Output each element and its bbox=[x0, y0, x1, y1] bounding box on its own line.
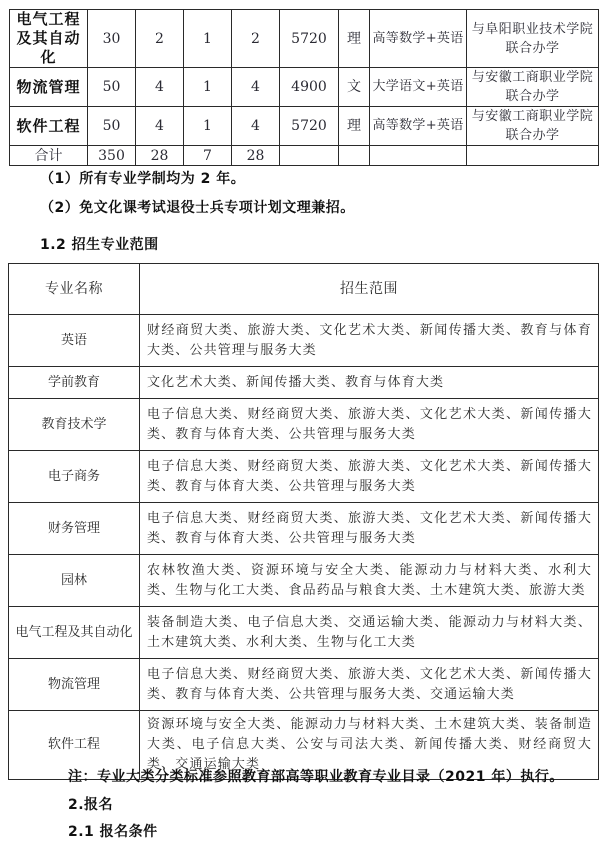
major-name: 电子商务 bbox=[9, 451, 140, 503]
count-cell: 1 bbox=[184, 68, 232, 107]
note-duration: （1）所有专业学制均为 2 年。 bbox=[40, 168, 245, 188]
table-row: 英语 财经商贸大类、旅游大类、文化艺术大类、新闻传播大类、教育与体育大类、公共管… bbox=[9, 315, 599, 367]
header-major-name: 专业名称 bbox=[9, 264, 140, 315]
scope-text: 电子信息大类、财经商贸大类、旅游大类、文化艺术大类、新闻传播大类、教育与体育大类… bbox=[140, 451, 599, 503]
remark-line: 联合办学 bbox=[467, 87, 598, 106]
section-heading-2-1: 2.1 报名条件 bbox=[68, 821, 158, 841]
scope-text: 文化艺术大类、新闻传播大类、教育与体育大类 bbox=[140, 367, 599, 399]
scope-text: 电子信息大类、财经商贸大类、旅游大类、文化艺术大类、新闻传播大类、教育与体育大类… bbox=[140, 399, 599, 451]
major-name-cell: 电气工程 及其自动 化 bbox=[10, 10, 88, 68]
exam-subjects-cell: 大学语文+英语 bbox=[370, 68, 467, 107]
table-row: 电子商务 电子信息大类、财经商贸大类、旅游大类、文化艺术大类、新闻传播大类、教育… bbox=[9, 451, 599, 503]
table-row: 软件工程 50 4 1 4 5720 理 高等数学+英语 与安徽工商职业学院 联… bbox=[10, 107, 599, 146]
plan-count-cell: 50 bbox=[88, 107, 136, 146]
remark-line: 联合办学 bbox=[467, 126, 598, 145]
category-cell: 理 bbox=[339, 107, 370, 146]
count-cell: 1 bbox=[184, 107, 232, 146]
scope-text: 电子信息大类、财经商贸大类、旅游大类、文化艺术大类、新闻传播大类、教育与体育大类… bbox=[140, 659, 599, 711]
category-cell: 理 bbox=[339, 10, 370, 68]
table-row: 物流管理 50 4 1 4 4900 文 大学语文+英语 与安徽工商职业学院 联… bbox=[10, 68, 599, 107]
tuition-cell: 5720 bbox=[280, 107, 339, 146]
count-cell: 2 bbox=[232, 10, 280, 68]
major-name-line: 化 bbox=[10, 48, 87, 67]
table-row: 电气工程 及其自动 化 30 2 1 2 5720 理 高等数学+英语 与阜阳职… bbox=[10, 10, 599, 68]
total-count: 7 bbox=[184, 146, 232, 166]
count-cell: 4 bbox=[232, 68, 280, 107]
section-heading-1-2: 1.2 招生专业范围 bbox=[40, 234, 159, 254]
count-cell: 4 bbox=[232, 107, 280, 146]
total-row: 合计 350 28 7 28 bbox=[10, 146, 599, 166]
table-row: 园林 农林牧渔大类、资源环境与安全大类、能源动力与材料大类、水利大类、生物与化工… bbox=[9, 555, 599, 607]
major-name: 教育技术学 bbox=[9, 399, 140, 451]
empty-cell bbox=[280, 146, 339, 166]
table-row: 物流管理 电子信息大类、财经商贸大类、旅游大类、文化艺术大类、新闻传播大类、教育… bbox=[9, 659, 599, 711]
major-name-line: 电气工程 bbox=[10, 10, 87, 29]
exam-subjects-cell: 高等数学+英语 bbox=[370, 10, 467, 68]
enrollment-plan-table: 电气工程 及其自动 化 30 2 1 2 5720 理 高等数学+英语 与阜阳职… bbox=[9, 9, 599, 166]
empty-cell bbox=[370, 146, 467, 166]
major-name-cell: 物流管理 bbox=[10, 68, 88, 107]
total-plan: 350 bbox=[88, 146, 136, 166]
table-row: 学前教育 文化艺术大类、新闻传播大类、教育与体育大类 bbox=[9, 367, 599, 399]
major-name: 财务管理 bbox=[9, 503, 140, 555]
total-count: 28 bbox=[232, 146, 280, 166]
empty-cell bbox=[467, 146, 599, 166]
plan-count-cell: 30 bbox=[88, 10, 136, 68]
major-name: 英语 bbox=[9, 315, 140, 367]
major-name: 园林 bbox=[9, 555, 140, 607]
table-row: 电气工程及其自动化 装备制造大类、电子信息大类、交通运输大类、能源动力与材料大类… bbox=[9, 607, 599, 659]
tuition-cell: 4900 bbox=[280, 68, 339, 107]
count-cell: 4 bbox=[136, 68, 184, 107]
category-cell: 文 bbox=[339, 68, 370, 107]
scope-text: 财经商贸大类、旅游大类、文化艺术大类、新闻传播大类、教育与体育大类、公共管理与服… bbox=[140, 315, 599, 367]
scope-text: 装备制造大类、电子信息大类、交通运输大类、能源动力与材料大类、土木建筑大类、水利… bbox=[140, 607, 599, 659]
section-heading-2: 2.报名 bbox=[68, 794, 113, 814]
remark-cell: 与安徽工商职业学院 联合办学 bbox=[467, 107, 599, 146]
remark-line: 与安徽工商职业学院 bbox=[467, 68, 598, 87]
table-row: 财务管理 电子信息大类、财经商贸大类、旅游大类、文化艺术大类、新闻传播大类、教育… bbox=[9, 503, 599, 555]
footnote: 注：专业大类分类标准参照教育部高等职业教育专业目录（2021 年）执行。 bbox=[68, 766, 564, 786]
scope-text: 农林牧渔大类、资源环境与安全大类、能源动力与材料大类、水利大类、生物与化工大类、… bbox=[140, 555, 599, 607]
note-veterans: （2）免文化课考试退役士兵专项计划文理兼招。 bbox=[40, 197, 355, 217]
major-name: 学前教育 bbox=[9, 367, 140, 399]
header-scope: 招生范围 bbox=[140, 264, 599, 315]
remark-cell: 与安徽工商职业学院 联合办学 bbox=[467, 68, 599, 107]
table-row: 教育技术学 电子信息大类、财经商贸大类、旅游大类、文化艺术大类、新闻传播大类、教… bbox=[9, 399, 599, 451]
major-name: 物流管理 bbox=[9, 659, 140, 711]
tuition-cell: 5720 bbox=[280, 10, 339, 68]
exam-subjects-cell: 高等数学+英语 bbox=[370, 107, 467, 146]
total-label: 合计 bbox=[10, 146, 88, 166]
remark-line: 与安徽工商职业学院 bbox=[467, 107, 598, 126]
table-header-row: 专业名称 招生范围 bbox=[9, 264, 599, 315]
remark-line: 与阜阳职业技术学院 bbox=[467, 20, 598, 39]
major-name-line: 及其自动 bbox=[10, 29, 87, 48]
plan-count-cell: 50 bbox=[88, 68, 136, 107]
remark-cell: 与阜阳职业技术学院 联合办学 bbox=[467, 10, 599, 68]
total-count: 28 bbox=[136, 146, 184, 166]
count-cell: 1 bbox=[184, 10, 232, 68]
enrollment-scope-table: 专业名称 招生范围 英语 财经商贸大类、旅游大类、文化艺术大类、新闻传播大类、教… bbox=[8, 263, 599, 780]
empty-cell bbox=[339, 146, 370, 166]
count-cell: 4 bbox=[136, 107, 184, 146]
remark-line: 联合办学 bbox=[467, 39, 598, 58]
major-name: 电气工程及其自动化 bbox=[9, 607, 140, 659]
count-cell: 2 bbox=[136, 10, 184, 68]
major-name-cell: 软件工程 bbox=[10, 107, 88, 146]
scope-text: 电子信息大类、财经商贸大类、旅游大类、文化艺术大类、新闻传播大类、教育与体育大类… bbox=[140, 503, 599, 555]
